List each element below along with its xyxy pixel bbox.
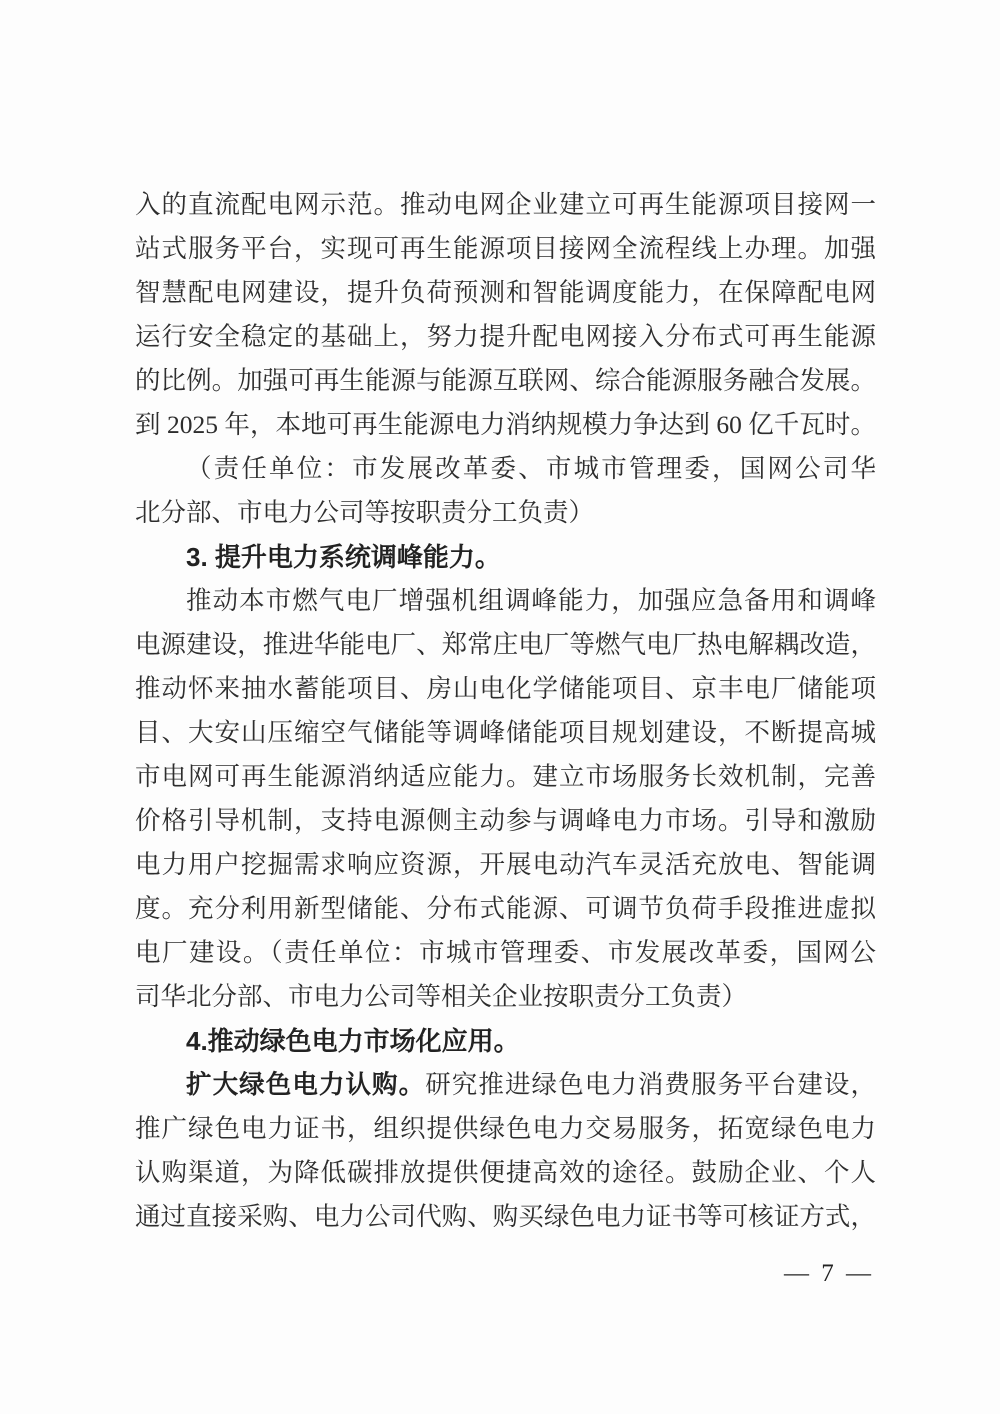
body-text-line: 电力用户挖掘需求响应资源，开展电动汽车灵活充放电、智能调 [135, 843, 876, 887]
body-text-line: 推动本市燃气电厂增强机组调峰能力，加强应急备用和调峰 [135, 579, 876, 623]
body-text-line: 扩大绿色电力认购。研究推进绿色电力消费服务平台建设， [135, 1063, 876, 1107]
body-text-line: 电源建设，推进华能电厂、郑常庄电厂等燃气电厂热电解耦改造， [135, 623, 876, 667]
responsibility-note-line: 北分部、市电力公司等按职责分工负责） [135, 491, 876, 535]
body-text-line: 入的直流配电网示范。推动电网企业建立可再生能源项目接网一 [135, 183, 876, 227]
body-text-line: 站式服务平台，实现可再生能源项目接网全流程线上办理。加强 [135, 227, 876, 271]
body-text-line: 到 2025 年，本地可再生能源电力消纳规模力争达到 60 亿千瓦时。 [135, 403, 876, 447]
body-text-line: 度。充分利用新型储能、分布式能源、可调节负荷手段推进虚拟 [135, 887, 876, 931]
body-text-segment: 研究推进绿色电力消费服务平台建设， [425, 1070, 876, 1099]
body-text-line: 通过直接采购、电力公司代购、购买绿色电力证书等可核证方式， [135, 1195, 876, 1239]
body-text-line: 目、大安山压缩空气储能等调峰储能项目规划建设，不断提高城 [135, 711, 876, 755]
bold-lead-phrase: 扩大绿色电力认购。 [186, 1071, 425, 1099]
section-4-heading: 4.推动绿色电力市场化应用。 [135, 1019, 876, 1063]
body-text-line: 智慧配电网建设，提升负荷预测和智能调度能力，在保障配电网 [135, 271, 876, 315]
body-text-line: 运行安全稳定的基础上，努力提升配电网接入分布式可再生能源 [135, 315, 876, 359]
body-text-line: 电厂建设。（责任单位：市城市管理委、市发展改革委，国网公 [135, 931, 876, 975]
body-text-line: 价格引导机制，支持电源侧主动参与调峰电力市场。引导和激励 [135, 799, 876, 843]
page-number: — 7 — [784, 1256, 874, 1292]
body-text-line: 推动怀来抽水蓄能项目、房山电化学储能项目、京丰电厂储能项 [135, 667, 876, 711]
section-3-heading: 3. 提升电力系统调峰能力。 [135, 535, 876, 579]
body-text-line: 的比例。加强可再生能源与能源互联网、综合能源服务融合发展。 [135, 359, 876, 403]
body-text-line: 推广绿色电力证书，组织提供绿色电力交易服务，拓宽绿色电力 [135, 1107, 876, 1151]
responsibility-note-line: 司华北分部、市电力公司等相关企业按职责分工负责） [135, 975, 876, 1019]
document-text-block: 入的直流配电网示范。推动电网企业建立可再生能源项目接网一 站式服务平台，实现可再… [135, 183, 876, 1239]
responsibility-note-line: （责任单位：市发展改革委、市城市管理委，国网公司华 [135, 447, 876, 491]
body-text-line: 认购渠道，为降低碳排放提供便捷高效的途径。鼓励企业、个人 [135, 1151, 876, 1195]
body-text-line: 市电网可再生能源消纳适应能力。建立市场服务长效机制，完善 [135, 755, 876, 799]
document-page: 入的直流配电网示范。推动电网企业建立可再生能源项目接网一 站式服务平台，实现可再… [0, 0, 1000, 1414]
